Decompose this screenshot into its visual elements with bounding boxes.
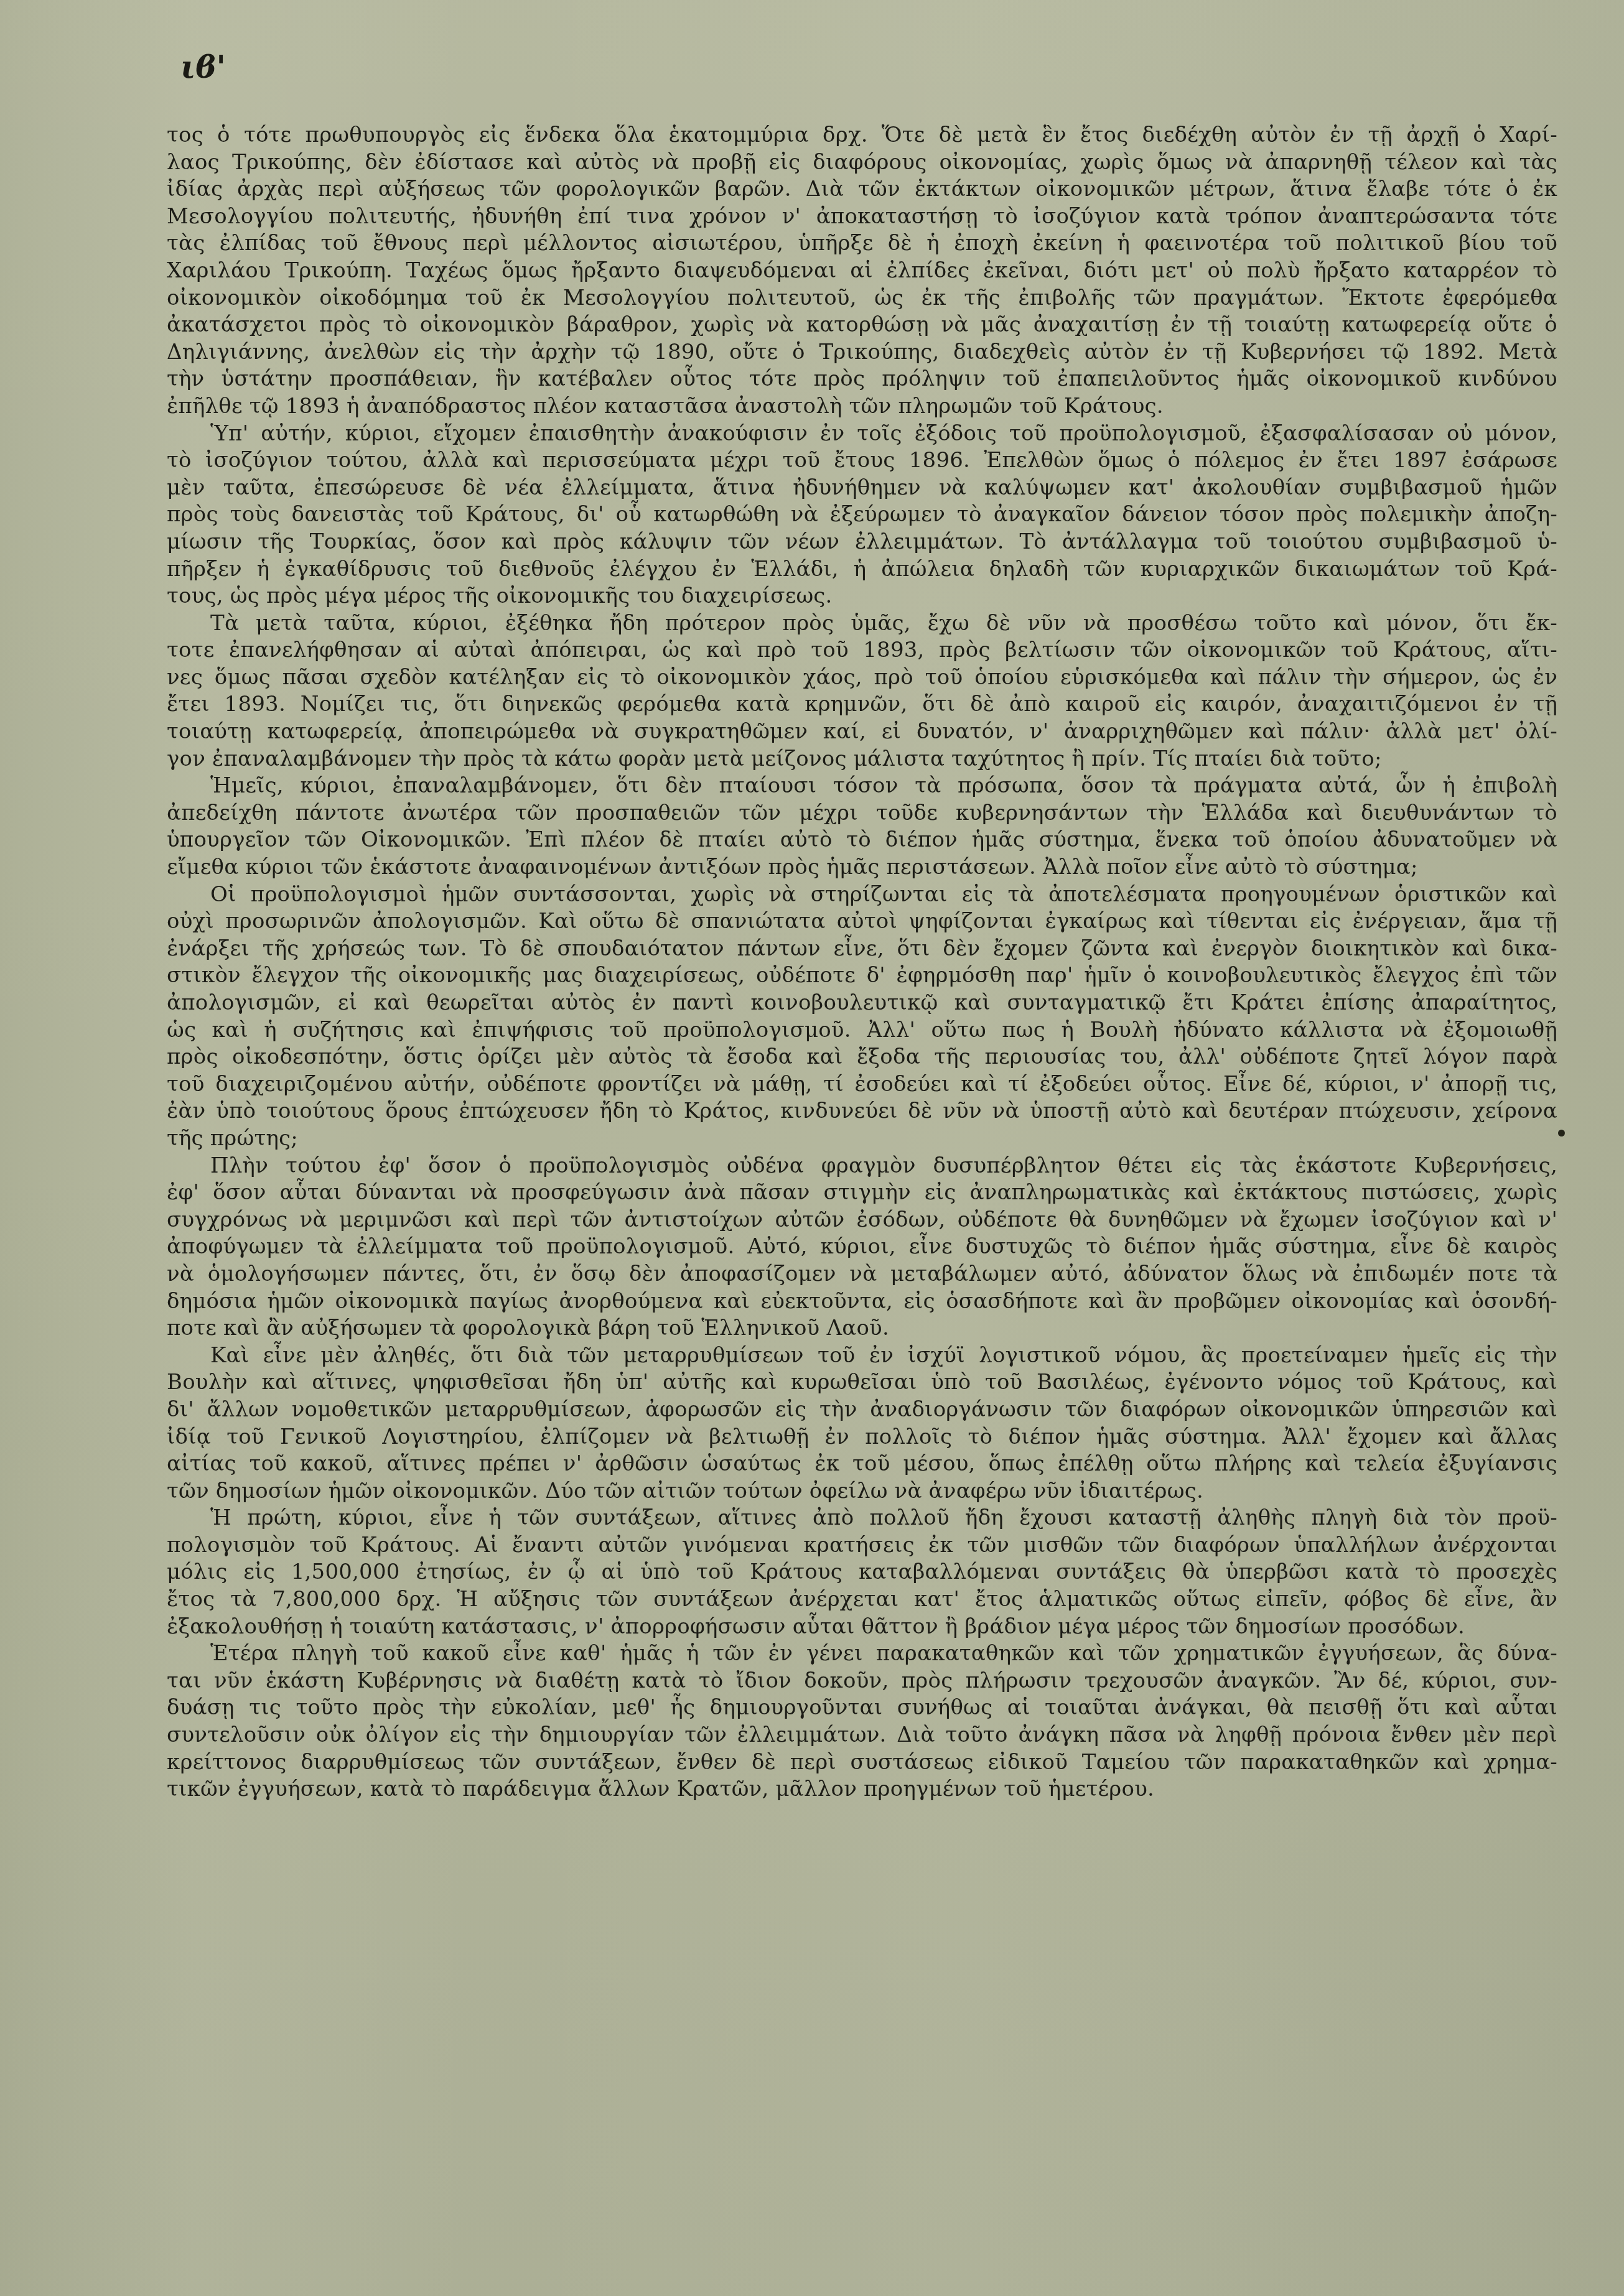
text-line: ὡς καὶ ἡ συζήτησις καὶ ἐπιψήφισις τοῦ πρ… [167, 1017, 1557, 1044]
text-line: δι' ἄλλων νομοθετικῶν μεταρρυθμίσεων, ἀφ… [167, 1397, 1557, 1424]
paragraph-first-line: Ἑτέρα πληγὴ τοῦ κακοῦ εἶνε καθ' ἡμᾶς ἡ τ… [167, 1640, 1557, 1668]
text-line: ἔτος τὰ 7,800,000 δρχ. Ἡ αὔξησις τῶν συν… [167, 1586, 1557, 1614]
page-number: ιϐ' [180, 49, 226, 85]
text-line: τικῶν ἐγγυήσεων, κατὰ τὸ παράδειγμα ἄλλω… [167, 1776, 1557, 1803]
paragraph-first-line: Ὑπ' αὐτήν, κύριοι, εἴχομεν ἐπαισθητὴν ἀν… [167, 421, 1557, 448]
text-line: ἀπολογισμῶν, εἰ καὶ θεωρεῖται αὐτὸς ἐν π… [167, 990, 1557, 1017]
text-line: τῶν δημοσίων ἡμῶν οἰκονομικῶν. Δύο τῶν α… [167, 1478, 1557, 1505]
text-line: ποτε καὶ ἂν αὐξήσωμεν τὰ φορολογικὰ βάρη… [167, 1315, 1557, 1342]
text-line: συντελοῦσιν οὐκ ὀλίγον εἰς τὴν δημιουργί… [167, 1722, 1557, 1749]
paragraph-first-line: Πλὴν τούτου ἐφ' ὅσον ὁ προϋπολογισμὸς οὐ… [167, 1153, 1557, 1180]
text-line: κρείττονος διαρρυθμίσεως τῶν συντάξεων, … [167, 1749, 1557, 1777]
text-line: εἴμεθα κύριοι τῶν ἑκάστοτε ἀναφαινομένων… [167, 854, 1557, 881]
text-line: ἐπῆλθε τῷ 1893 ἡ ἀναπόδραστος πλέον κατα… [167, 393, 1557, 421]
text-line: ἀκατάσχετοι πρὸς τὸ οἰκονομικὸν βάραθρον… [167, 312, 1557, 339]
text-line: γον ἐπαναλαμβάνομεν τὴν πρὸς τὰ κάτω φορ… [167, 746, 1557, 773]
text-line: Βουλὴν καὶ αἵτινες, ψηφισθεῖσαι ἤδη ὑπ' … [167, 1369, 1557, 1397]
text-line: ται νῦν ἑκάστη Κυβέρνησις νὰ διαθέτῃ κατ… [167, 1668, 1557, 1695]
paragraph-first-line: Τὰ μετὰ ταῦτα, κύριοι, ἐξέθηκα ἤδη πρότε… [167, 610, 1557, 638]
document-body: τος ὁ τότε πρωθυπουργὸς εἰς ἕνδεκα ὅλα ἑ… [167, 122, 1557, 1803]
text-line: αἰτίας τοῦ κακοῦ, αἵτινες πρέπει ν' ἀρθῶ… [167, 1451, 1557, 1478]
text-line: Χαριλάου Τρικούπη. Ταχέως ὅμως ἤρξαντο δ… [167, 258, 1557, 285]
text-line: ὑπουργεῖον τῶν Οἰκονομικῶν. Ἐπὶ πλέον δὲ… [167, 827, 1557, 854]
paragraph-first-line: Οἱ προϋπολογισμοὶ ἡμῶν συντάσσονται, χωρ… [167, 881, 1557, 909]
text-line: Μεσολογγίου πολιτευτής, ἠδυνήθη ἐπί τινα… [167, 203, 1557, 231]
text-line: πολογισμὸν τοῦ Κράτους. Αἱ ἔναντι αὐτῶν … [167, 1532, 1557, 1559]
text-line: ἰδίᾳ τοῦ Γενικοῦ Λογιστηρίου, ἐλπίζομεν … [167, 1424, 1557, 1451]
text-line: οὐχὶ προσωρινῶν ἀπολογισμῶν. Καὶ οὕτω δὲ… [167, 908, 1557, 936]
text-line: τος ὁ τότε πρωθυπουργὸς εἰς ἕνδεκα ὅλα ἑ… [167, 122, 1557, 149]
text-line: μὲν ταῦτα, ἐπεσώρευσε δὲ νέα ἐλλείμματα,… [167, 475, 1557, 502]
text-line: μόλις εἰς 1,500,000 ἐτησίως, ἐν ᾧ αἱ ὑπὸ… [167, 1559, 1557, 1586]
text-line: δυάσῃ τις τοῦτο πρὸς τὴν εὐκολίαν, μεθ' … [167, 1694, 1557, 1722]
text-line: ἐνάρξει τῆς χρήσεώς των. Τὸ δὲ σπουδαιότ… [167, 936, 1557, 963]
text-line: νὰ ὁμολογήσωμεν πάντες, ὅτι, ἐν ὅσῳ δὲν … [167, 1261, 1557, 1288]
text-line: πρὸς τοὺς δανειστὰς τοῦ Κράτους, δι' οὗ … [167, 501, 1557, 529]
text-line: πρὸς οἰκοδεσπότην, ὅστις ὁρίζει μὲν αὐτὸ… [167, 1044, 1557, 1071]
text-line: ἐξακολουθήσῃ ἡ τοιαύτη κατάστασις, ν' ἀπ… [167, 1614, 1557, 1641]
text-line: οἰκονομικὸν οἰκοδόμημα τοῦ ἐκ Μεσολογγίο… [167, 285, 1557, 312]
text-line: συγχρόνως νὰ μεριμνῶσι καὶ περὶ τῶν ἀντι… [167, 1207, 1557, 1234]
text-line: τὸ ἰσοζύγιον τούτου, ἀλλὰ καὶ περισσεύμα… [167, 447, 1557, 475]
text-line: δημόσια ἡμῶν οἰκονομικὰ παγίως ἀνορθούμε… [167, 1288, 1557, 1316]
text-line: πῆρξεν ἡ ἐγκαθίδρυσις τοῦ διεθνοῦς ἐλέγχ… [167, 556, 1557, 583]
text-line: ἔτει 1893. Νομίζει τις, ὅτι διηνεκῶς φερ… [167, 691, 1557, 718]
text-line: μίωσιν τῆς Τουρκίας, ὅσον καὶ πρὸς κάλυψ… [167, 529, 1557, 556]
paragraph-first-line: Καὶ εἶνε μὲν ἀληθές, ὅτι διὰ τῶν μεταρρυ… [167, 1342, 1557, 1370]
text-line: ἀπεδείχθη πάντοτε ἀνωτέρα τῶν προσπαθειῶ… [167, 800, 1557, 827]
text-line: τοτε ἐπανελήφθησαν αἱ αὐταὶ ἀπόπειραι, ὡ… [167, 637, 1557, 664]
text-line: ἀποφύγωμεν τὰ ἐλλείμματα τοῦ προϋπολογισ… [167, 1234, 1557, 1261]
text-line: ἐὰν ὑπὸ τοιούτους ὅρους ἐπτώχευσεν ἤδη τ… [167, 1098, 1557, 1125]
text-line: νες ὅμως πᾶσαι σχεδὸν κατέληξαν εἰς τὸ ο… [167, 664, 1557, 692]
text-line: στικὸν ἔλεγχον τῆς οἰκονομικῆς μας διαχε… [167, 962, 1557, 990]
text-line: τοιαύτῃ κατωφερείᾳ, ἀποπειρώμεθα νὰ συγκ… [167, 718, 1557, 746]
text-line: τῆς πρώτης; [167, 1125, 1557, 1153]
text-line: τὴν ὑστάτην προσπάθειαν, ἣν κατέβαλεν οὗ… [167, 366, 1557, 393]
paragraph-first-line: Ἡμεῖς, κύριοι, ἐπαναλαμβάνομεν, ὅτι δὲν … [167, 773, 1557, 800]
text-line: τους, ὡς πρὸς μέγα μέρος τῆς οἰκονομικῆς… [167, 583, 1557, 610]
text-line: ἰδίας ἀρχὰς περὶ αὐξήσεως τῶν φορολογικῶ… [167, 176, 1557, 203]
text-line: τὰς ἐλπίδας τοῦ ἔθνους περὶ μέλλοντος αἰ… [167, 230, 1557, 258]
text-line: Δηλιγιάννης, ἀνελθὼν εἰς τὴν ἀρχὴν τῷ 18… [167, 339, 1557, 366]
text-line: ἐφ' ὅσον αὗται δύνανται νὰ προσφεύγωσιν … [167, 1179, 1557, 1207]
text-line: λαος Τρικούπης, δὲν ἐδίστασε καὶ αὐτὸς ν… [167, 149, 1557, 177]
paragraph-first-line: Ἡ πρώτη, κύριοι, εἶνε ἡ τῶν συντάξεων, α… [167, 1505, 1557, 1532]
text-line: τοῦ διαχειριζομένου αὐτήν, οὐδέποτε φρον… [167, 1071, 1557, 1099]
ink-spot [1558, 1130, 1565, 1136]
